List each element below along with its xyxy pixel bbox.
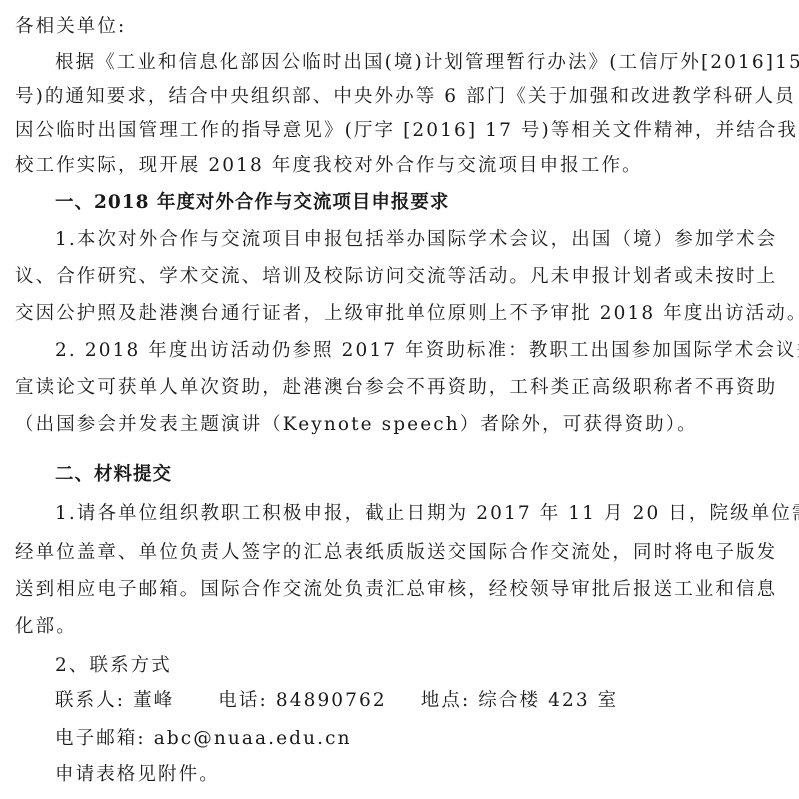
intro-line: 校工作实际，现开展 2018 年度我校对外合作与交流项目申报工作。 <box>15 154 643 178</box>
section1-item1-line: 议、合作研究、学术交流、培训及校际访问交流等活动。凡未申报计划者或未按时上 <box>15 265 777 289</box>
contact-email-line: 电子邮箱: abc@nuaa.edu.cn <box>55 727 352 751</box>
intro-line: 根据《工业和信息化部因公临时出国(境)计划管理暂行办法》(工信厅外[2016]1… <box>55 51 799 75</box>
email-address[interactable]: abc@nuaa.edu.cn <box>154 728 352 749</box>
contact-phone: 84890762 <box>276 690 387 711</box>
section2-heading: 二、材料提交 <box>55 463 172 487</box>
section2-item1-line: 送到相应电子邮箱。国际合作交流处负责汇总审核，经校领导审批后报送工业和信息 <box>15 578 777 602</box>
email-label: 电子邮箱: <box>55 728 146 749</box>
section2-item1-line: 化部。 <box>15 615 77 639</box>
salutation: 各相关单位: <box>15 15 126 39</box>
section1-item1-line: 交因公护照及赴港澳台通行证者，上级审批单位原则上不予审批 2018 年度出访活动… <box>15 302 799 326</box>
contact-phone-label: 电话: <box>218 690 268 711</box>
notice-document: 各相关单位: 根据《工业和信息化部因公临时出国(境)计划管理暂行办法》(工信厅外… <box>0 0 799 799</box>
section1-item2-line: 2. 2018 年度出访活动仍参照 2017 年资助标准：教职工出国参加国际学术… <box>55 339 799 363</box>
section1-item1-line: 1.本次对外合作与交流项目申报包括举办国际学术会议，出国（境）参加学术会 <box>55 228 777 252</box>
contact-location: 综合楼 423 室 <box>478 690 618 711</box>
section1-item2-line: （出国参会并发表主题演讲（Keynote speech）者除外，可获得资助）。 <box>15 413 698 437</box>
section2-item1-line: 1.请各单位组织教职工积极申报，截止日期为 2017 年 11 月 20 日，院… <box>55 502 799 526</box>
contact-info-line: 联系人: 董峰 电话: 84890762 地点: 综合楼 423 室 <box>55 689 618 713</box>
section2-item1-line: 经单位盖章、单位负责人签字的汇总表纸质版送交国际合作交流处，同时将电子版发 <box>15 541 777 565</box>
intro-line: 号)的通知要求，结合中央组织部、中央外办等 6 部门《关于加强和改进教学科研人员 <box>15 85 796 109</box>
contact-location-label: 地点: <box>421 690 471 711</box>
section1-item2-line: 宣读论文可获单人单次资助，赴港澳台参会不再资助，工科类正高级职称者不再资助 <box>15 376 777 400</box>
section1-heading: 一、2018 年度对外合作与交流项目申报要求 <box>55 191 449 215</box>
attachment-note: 申请表格见附件。 <box>55 763 220 787</box>
contact-heading: 2、联系方式 <box>55 654 172 678</box>
intro-line: 因公临时出国管理工作的指导意见》(厅字 [2016] 17 号)等相关文件精神，… <box>15 119 798 143</box>
contact-person: 董峰 <box>133 690 174 711</box>
contact-person-label: 联系人: <box>55 690 125 711</box>
